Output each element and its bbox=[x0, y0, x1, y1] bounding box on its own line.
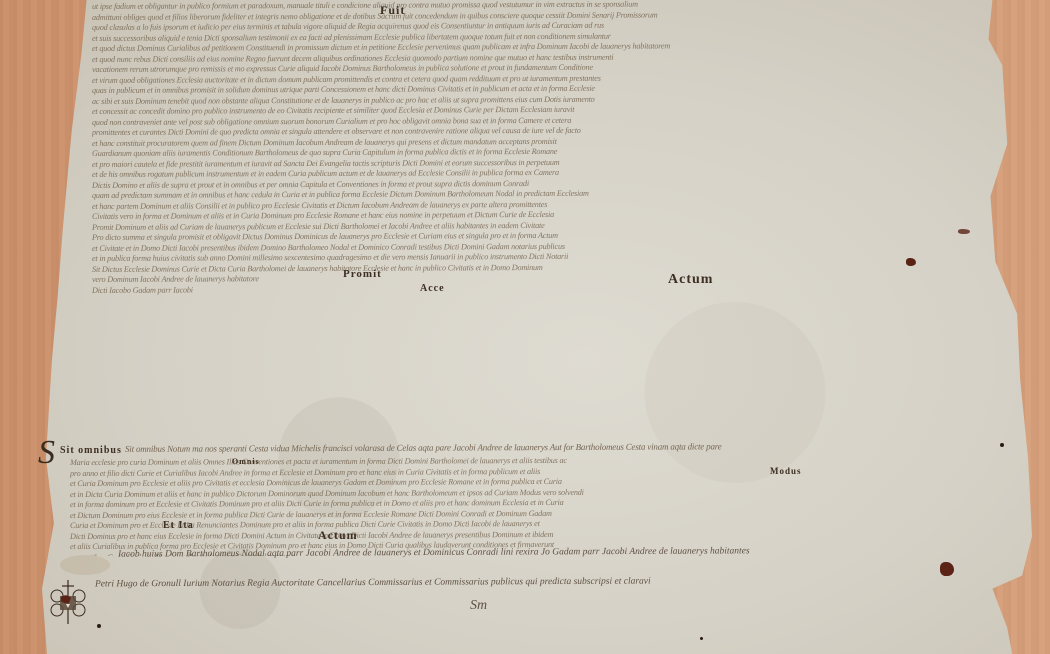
heading-sit-omnibus: Sit omnibus bbox=[60, 445, 122, 456]
opening-line: Sit omnibus Notum ma nos speranti Cesta … bbox=[125, 442, 1005, 456]
heading-acce: Acce bbox=[420, 283, 445, 294]
ink-dot bbox=[700, 637, 703, 640]
heading-promit: Promit bbox=[343, 268, 382, 280]
lower-text-block: Maria ecclesie pro curia Dominum et alii… bbox=[70, 456, 1010, 556]
upper-text-block: ut ipse fadium et obligantur in publico … bbox=[92, 0, 977, 345]
opening-line-text: Sit omnibus Notum ma nos speranti Cesta … bbox=[125, 442, 1005, 454]
heading-modus: Modus bbox=[770, 466, 802, 476]
ink-dot bbox=[1000, 443, 1004, 447]
heading-actum-upper: Actum bbox=[668, 272, 713, 288]
burn-hole-lower-right bbox=[940, 562, 954, 576]
ink-dot bbox=[97, 624, 101, 628]
closing-signature-sm: Sm bbox=[470, 598, 487, 614]
heading-et-ita: Et Ita bbox=[163, 520, 194, 531]
notary-signum-icon bbox=[44, 578, 92, 626]
heading-omnis: Omnis bbox=[232, 457, 260, 466]
decorated-initial-s: S bbox=[38, 434, 55, 472]
stain-mark bbox=[60, 555, 110, 575]
heading-actum-lower: Actum bbox=[318, 528, 358, 543]
heading-fuit: Fuit bbox=[380, 3, 405, 18]
burn-hole-right-margin bbox=[906, 258, 916, 266]
burn-hole-right-top bbox=[958, 229, 970, 234]
